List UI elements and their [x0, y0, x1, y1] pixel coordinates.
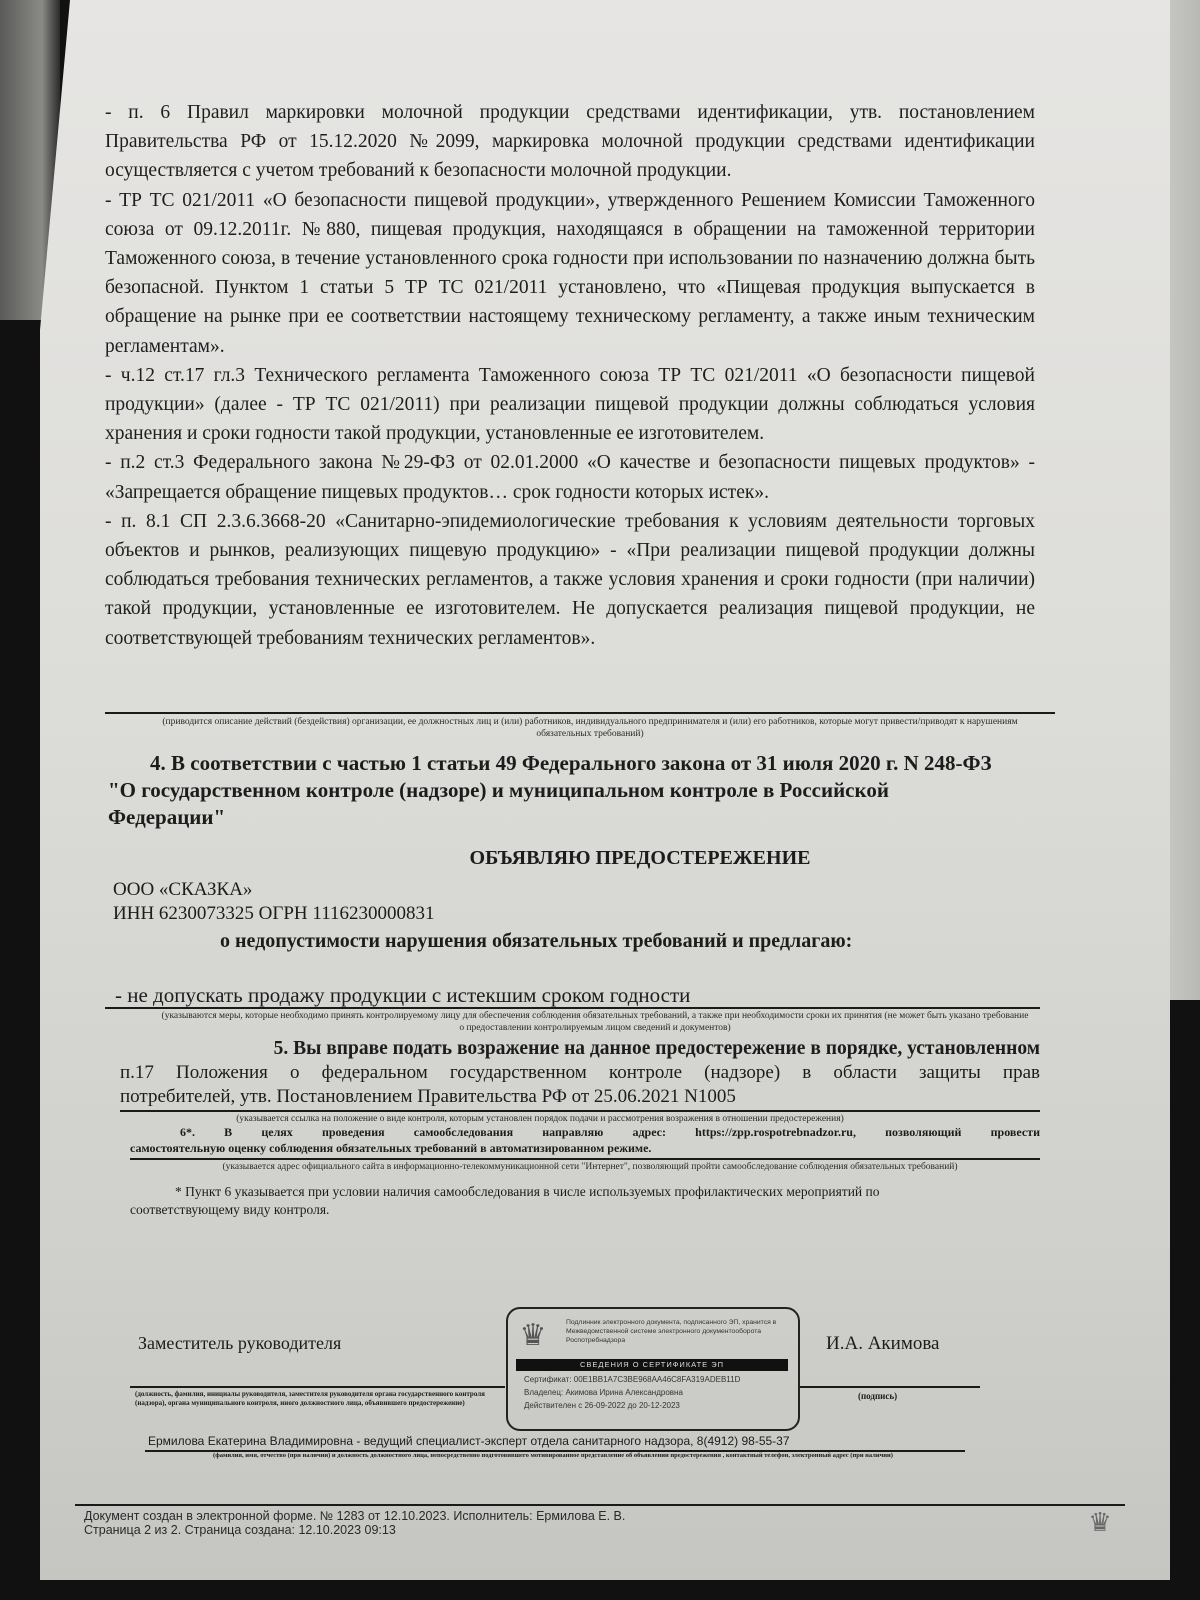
paragraph-milk-marking: - п. 6 Правил маркировки молочной продук…	[105, 98, 1035, 186]
note-website: (указывается адрес официального сайта в …	[180, 1161, 1000, 1173]
position-note: (должность, фамилия, инициалы руководите…	[135, 1390, 515, 1408]
section-5-line2: потребителей, утв. Постановлением Правит…	[120, 1085, 1040, 1109]
executor-note: (фамилия, имя, отчество (при наличии) и …	[148, 1452, 958, 1459]
divider	[130, 1386, 505, 1388]
electronic-signature-stamp: ♛ Подлинник электронного документа, подп…	[506, 1307, 800, 1431]
paragraph-tr-ts-021: - ТР ТС 021/2011 «О безопасности пищевой…	[105, 186, 1035, 361]
signatory-name: И.А. Акимова	[826, 1333, 940, 1355]
footer-line1: Документ создан в электронной форме. № 1…	[84, 1509, 625, 1523]
signature-note: (подпись)	[858, 1391, 897, 1401]
note-actions: (приводится описание действий (бездейств…	[150, 716, 1030, 740]
announcement-title: ОБЪЯВЛЯЮ ПРЕДОСТЕРЕЖЕНИЕ	[0, 847, 1200, 870]
executor-info: Ермилова Екатерина Владимировна - ведущи…	[148, 1434, 790, 1448]
paragraph-sp-2-3-6: - п. 8.1 СП 2.3.6.3668-20 «Санитарно-эпи…	[105, 507, 1035, 653]
footnote-line1: * Пункт 6 указывается при условии наличи…	[130, 1183, 1040, 1201]
signatory-position: Заместитель руководителя	[138, 1333, 341, 1354]
divider	[120, 1110, 1040, 1112]
section-4-line2: "О государственном контроле (надзоре) и …	[108, 777, 1048, 804]
paragraph-tr-ts-art17: - ч.12 ст.17 гл.3 Технического регламент…	[105, 361, 1035, 449]
coat-of-arms-icon: ♛	[1083, 1506, 1117, 1540]
paragraph-federal-law-29: - п.2 ст.3 Федерального закона №29-ФЗ от…	[105, 448, 1035, 506]
note-measures: (указываются меры, которые необходимо пр…	[160, 1010, 1030, 1034]
section-5: 5. Вы вправе подать возражение на данное…	[120, 1037, 1040, 1109]
stamp-certificate: Сертификат: 00E1BB1A7C3BE968AA46C8FA319A…	[524, 1375, 740, 1385]
footnote-line2: соответствующему виду контроля.	[130, 1201, 1040, 1219]
organization-ids: ИНН 6230073325 ОГРН 1116230000831	[113, 902, 435, 926]
section-4-line1: 4. В соответствии с частью 1 статьи 49 Ф…	[108, 750, 1048, 777]
stamp-header: СВЕДЕНИЯ О СЕРТИФИКАТЕ ЭП	[516, 1359, 788, 1371]
divider	[105, 1007, 1040, 1009]
proposed-measure: - не допускать продажу продукции с истек…	[115, 983, 690, 1008]
inadmissibility-statement: о недопустимости нарушения обязательных …	[220, 930, 852, 953]
divider	[130, 1158, 1040, 1160]
legal-basis-text: - п. 6 Правил маркировки молочной продук…	[105, 98, 1035, 653]
organization: ООО «СКАЗКА» ИНН 6230073325 ОГРН 1116230…	[113, 878, 435, 926]
divider	[105, 712, 1055, 714]
footnote: * Пункт 6 указывается при условии наличи…	[130, 1183, 1040, 1219]
section-4-line3: Федерации"	[108, 804, 1048, 831]
section-6-line2: самостоятельную оценку соблюдения обязат…	[130, 1140, 1040, 1156]
footer-divider	[75, 1504, 1125, 1506]
footer-line2: Страница 2 из 2. Страница создана: 12.10…	[84, 1523, 625, 1537]
stamp-validity: Действителен с 26-09-2022 до 20-12-2023	[524, 1401, 680, 1411]
coat-of-arms-icon: ♛	[516, 1317, 550, 1355]
section-5-line1: п.17 Положения о федеральном государстве…	[120, 1061, 1040, 1085]
stamp-owner: Владелец: Акимова Ирина Александровна	[524, 1388, 683, 1398]
section-6: 6*. В целях проведения самообследования …	[130, 1124, 1040, 1156]
section-6-line1: 6*. В целях проведения самообследования …	[130, 1124, 1040, 1140]
divider	[800, 1386, 980, 1388]
section-4: 4. В соответствии с частью 1 статьи 49 Ф…	[108, 750, 1048, 831]
section-5-head: 5. Вы вправе подать возражение на данное…	[120, 1037, 1040, 1061]
stamp-description: Подлинник электронного документа, подпис…	[566, 1318, 791, 1345]
document-footer: Документ создан в электронной форме. № 1…	[84, 1509, 625, 1537]
organization-name: ООО «СКАЗКА»	[113, 878, 435, 902]
